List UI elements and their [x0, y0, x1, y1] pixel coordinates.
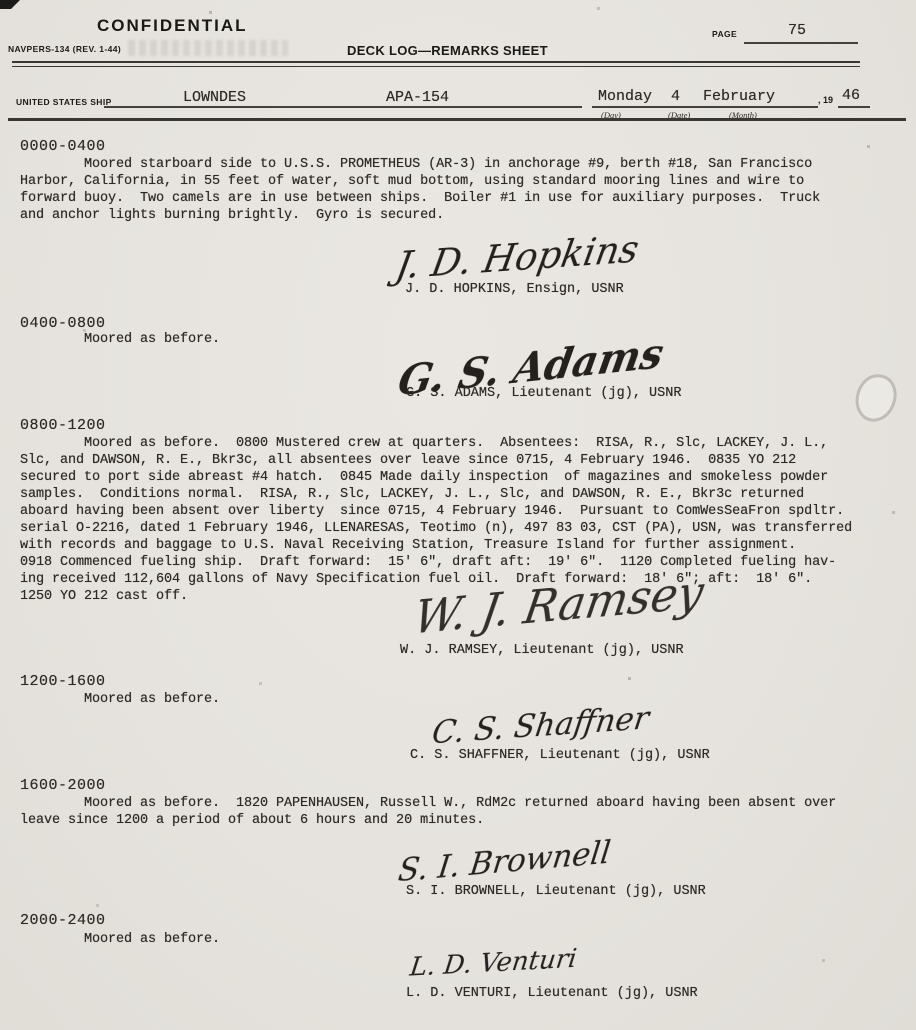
year-underline: [838, 106, 870, 108]
watch-heading: 0400-0800: [20, 315, 106, 332]
year-prefix: , 19: [818, 95, 833, 105]
paper-specks: [0, 0, 1, 1]
typed-signature: W. J. RAMSEY, Lieutenant (jg), USNR: [400, 643, 684, 658]
typed-signature: J. D. HOPKINS, Ensign, USNR: [405, 282, 624, 297]
faded-stamp: [128, 40, 288, 56]
header-bottom-rule: [8, 118, 906, 121]
scan-corner-mark: [0, 0, 20, 9]
ship-underline: [104, 106, 582, 108]
entry-text: Moored as before.: [20, 331, 220, 348]
watch-heading: 1600-2000: [20, 777, 106, 794]
watch-heading: 2000-2400: [20, 912, 106, 929]
typed-signature: C. S. SHAFFNER, Lieutenant (jg), USNR: [410, 748, 710, 763]
date-underline: [592, 106, 818, 108]
page-label: PAGE: [712, 29, 737, 39]
title-double-rule: [12, 61, 860, 67]
handwritten-signature: C. S. Shaffner: [430, 700, 652, 752]
entry-text: Moored starboard side to U.S.S. PROMETHE…: [20, 156, 820, 224]
watch-heading: 1200-1600: [20, 673, 106, 690]
entry-text: Moored as before. 1820 PAPENHAUSEN, Russ…: [20, 795, 836, 829]
typed-signature: S. I. BROWNELL, Lieutenant (jg), USNR: [406, 884, 706, 899]
classification-banner: CONFIDENTIAL: [97, 16, 248, 36]
month-value: February: [703, 88, 775, 105]
document-title: DECK LOG—REMARKS SHEET: [347, 43, 548, 58]
hull-number: APA-154: [386, 89, 449, 106]
day-value: Monday: [598, 88, 652, 105]
form-number: NAVPERS-134 (REV. 1-44): [8, 44, 121, 54]
year-value: 46: [842, 87, 860, 104]
entry-text: Moored as before. 0800 Mustered crew at …: [20, 435, 852, 605]
page-number: 75: [788, 22, 806, 39]
watch-heading: 0000-0400: [20, 138, 106, 155]
typed-signature: L. D. VENTURI, Lieutenant (jg), USNR: [406, 986, 698, 1001]
handwritten-signature: S. I. Brownell: [396, 834, 612, 889]
watch-heading: 0800-1200: [20, 417, 106, 434]
date-value: 4: [671, 88, 680, 105]
handwritten-signature: J. D. Hopkins: [392, 227, 642, 288]
deck-log-page: { "header": { "classification": "CONFIDE…: [0, 0, 916, 1030]
handwritten-signature: L. D. Venturi: [408, 944, 578, 983]
entry-text: Moored as before.: [20, 691, 220, 708]
entry-text: Moored as before.: [20, 931, 220, 948]
punch-hole-mark: [851, 370, 901, 426]
ship-label: UNITED STATES SHIP: [16, 97, 112, 107]
page-number-underline: [744, 42, 858, 44]
typed-signature: G. S. ADAMS, Lieutenant (jg), USNR: [406, 386, 681, 401]
ship-name: LOWNDES: [183, 89, 246, 106]
